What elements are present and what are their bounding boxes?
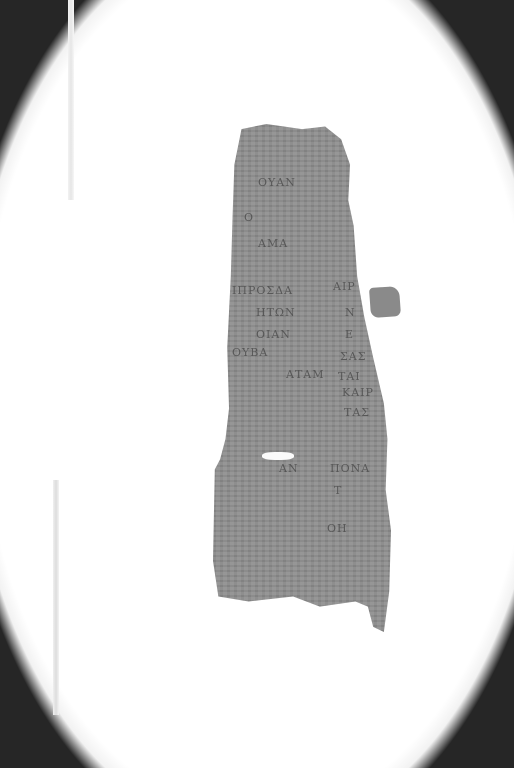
text-line: ΙΠΡΟΣΔΑ — [232, 284, 293, 297]
text-line: Ε — [345, 328, 354, 341]
text-line: ΠΟΝΑ — [330, 462, 370, 475]
text-line: ΑΙΡ — [333, 280, 356, 293]
text-line: ΟΙΑΝ — [256, 328, 291, 341]
text-line: ΑΜΑ — [258, 237, 288, 250]
mount-edge-bottom — [53, 480, 59, 715]
text-line: ΤΑΣ — [344, 406, 370, 419]
text-line: Ο — [244, 211, 254, 224]
text-line: ΟΥΒΑ — [232, 346, 268, 359]
text-line: ΗΤΩΝ — [256, 306, 296, 319]
text-line: Τ — [334, 484, 342, 497]
text-line: ΑΤΑΜ — [286, 368, 325, 381]
text-line: ΟΗ — [327, 522, 348, 535]
papyrus-hole — [262, 452, 294, 460]
papyrus-chip — [369, 286, 401, 318]
text-line: Ν — [345, 306, 356, 319]
text-line: ΟΥΑΝ — [258, 176, 296, 189]
text-line: ΤΑΙ — [338, 370, 361, 383]
text-line: ΑΝ — [279, 462, 299, 475]
text-line: ΣΑΣ — [340, 350, 367, 363]
text-line: ΚΑΙΡ — [342, 386, 374, 399]
mount-edge-top — [68, 0, 74, 200]
